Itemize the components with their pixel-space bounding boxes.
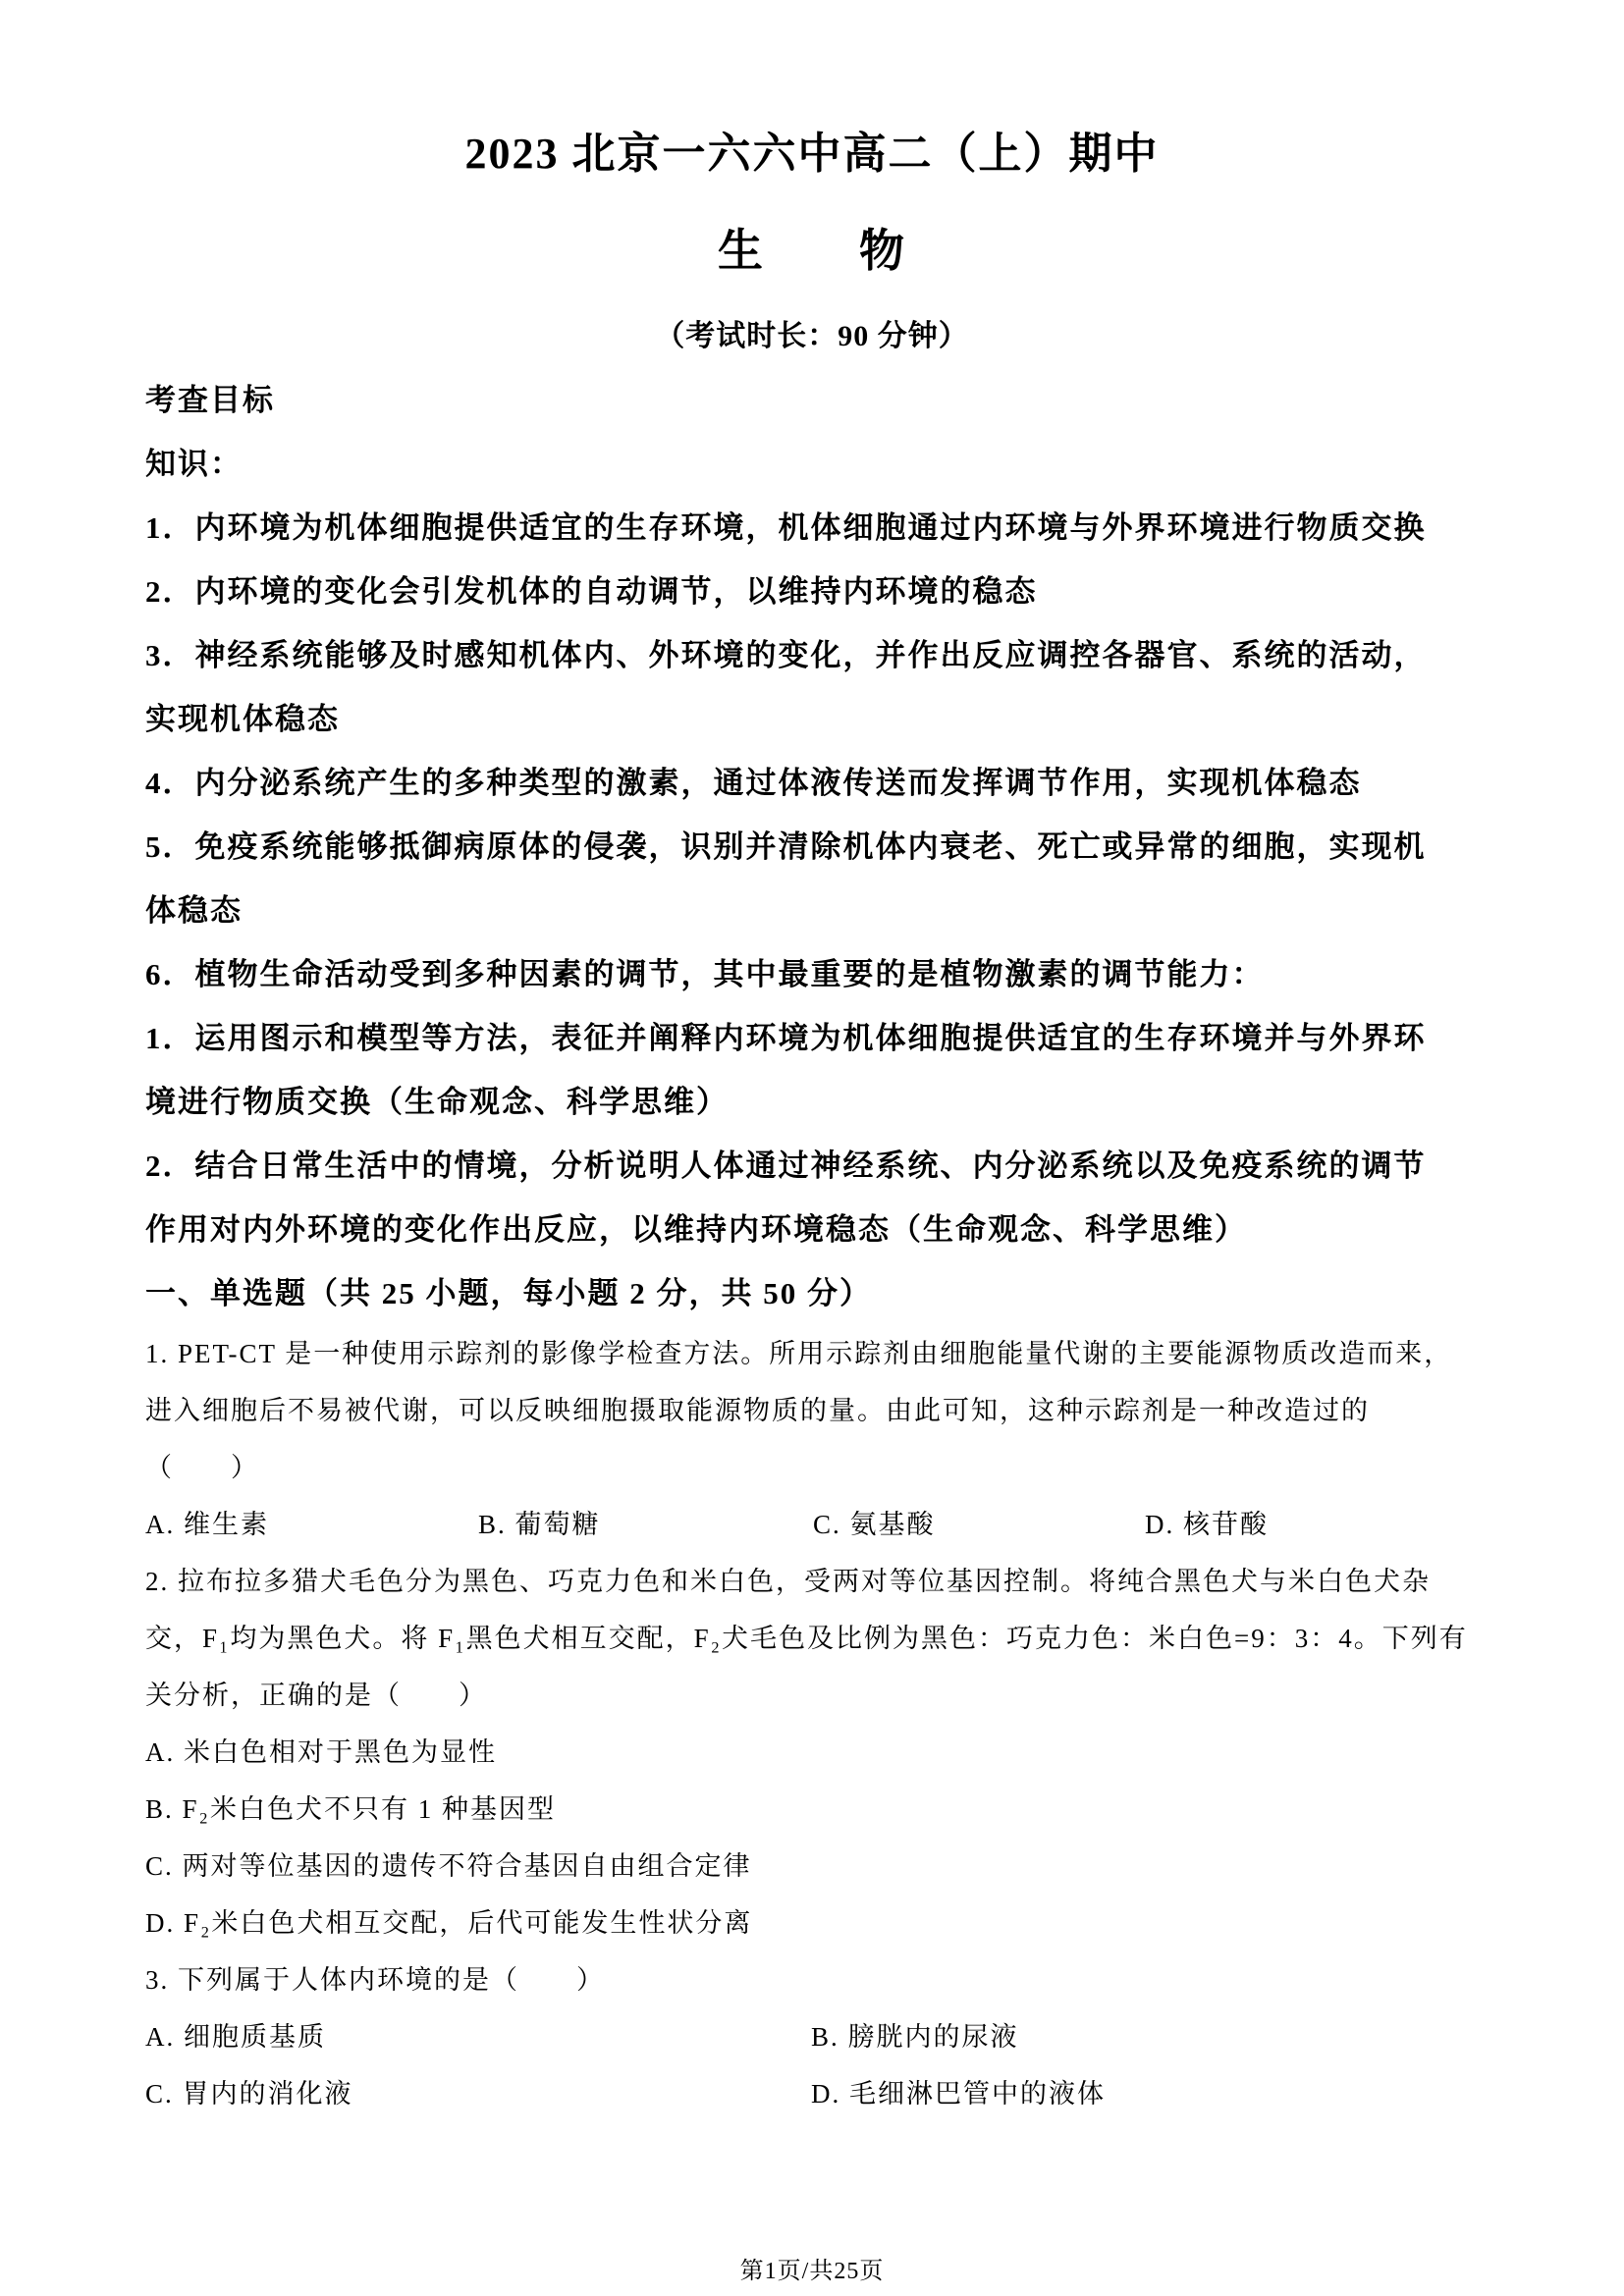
exam-page: 2023 北京一六六中高二（上）期中 生 物 （考试时长：90 分钟） 考查目标… (0, 0, 1624, 2296)
goal-line: 5．免疫系统能够抵御病原体的侵袭，识别并清除机体内衰老、死亡或异常的细胞，实现机 (145, 815, 1479, 879)
question-3-options-row-1: A. 细胞质基质 B. 膀胱内的尿液 (145, 2008, 1479, 2065)
subject-title: 生 物 (145, 222, 1479, 281)
goals-heading: 考查目标 (145, 368, 1479, 432)
question-2-line-2: 交，F₁均为黑色犬。将 F₁黑色犬相互交配，F₂犬毛色及比例为黑色：巧克力色：米… (145, 1610, 1479, 1667)
knowledge-label: 知识： (145, 432, 1479, 496)
question-1-option-c: C. 氨基酸 (813, 1496, 1145, 1553)
goal-line: 体稳态 (145, 879, 1479, 942)
goal-line: 1．内环境为机体细胞提供适宜的生存环境，机体细胞通过内环境与外界环境进行物质交换 (145, 496, 1479, 560)
page-content: 2023 北京一六六中高二（上）期中 生 物 （考试时长：90 分钟） 考查目标… (145, 0, 1479, 2122)
question-2-line-1: 2. 拉布拉多猎犬毛色分为黑色、巧克力色和米白色，受两对等位基因控制。将纯合黑色… (145, 1553, 1479, 1610)
goal-line: 作用对内外环境的变化作出反应，以维持内环境稳态（生命观念、科学思维） (145, 1198, 1479, 1261)
question-1-option-a: A. 维生素 (145, 1496, 478, 1553)
goal-line: 实现机体稳态 (145, 687, 1479, 751)
question-1-options: A. 维生素 B. 葡萄糖 C. 氨基酸 D. 核苷酸 (145, 1496, 1479, 1553)
question-2-line-3: 关分析，正确的是（ ） (145, 1667, 1479, 1724)
page-title: 2023 北京一六六中高二（上）期中 (145, 125, 1479, 184)
question-2-option-a: A. 米白色相对于黑色为显性 (145, 1724, 1479, 1781)
question-2-option-d: D. F₂米白色犬相互交配，后代可能发生性状分离 (145, 1895, 1479, 1951)
goal-line: 3．神经系统能够及时感知机体内、外环境的变化，并作出反应调控各器官、系统的活动， (145, 623, 1479, 687)
page-footer: 第1页/共25页 (0, 2258, 1624, 2285)
goal-line: 4．内分泌系统产生的多种类型的激素，通过体液传送而发挥调节作用，实现机体稳态 (145, 751, 1479, 815)
question-2-option-c: C. 两对等位基因的遗传不符合基因自由组合定律 (145, 1838, 1479, 1895)
question-3-line-1: 3. 下列属于人体内环境的是（ ） (145, 1951, 1479, 2008)
goal-line: 2．内环境的变化会引发机体的自动调节，以维持内环境的稳态 (145, 560, 1479, 623)
question-1-option-b: B. 葡萄糖 (478, 1496, 813, 1553)
goal-line: 6．植物生命活动受到多种因素的调节，其中最重要的是植物激素的调节能力： (145, 942, 1479, 1006)
question-1-line-2: 进入细胞后不易被代谢，可以反映细胞摄取能源物质的量。由此可知，这种示踪剂是一种改… (145, 1382, 1479, 1439)
question-2-option-b: B. F₂米白色犬不只有 1 种基因型 (145, 1781, 1479, 1838)
exam-duration-note: （考试时长：90 分钟） (145, 316, 1479, 357)
question-1-option-d: D. 核苷酸 (1145, 1496, 1269, 1553)
question-1-blank: （ ） (145, 1439, 1479, 1496)
question-1-line-1: 1. PET-CT 是一种使用示踪剂的影像学检查方法。所用示踪剂由细胞能量代谢的… (145, 1325, 1479, 1382)
question-3-option-c: C. 胃内的消化液 (145, 2065, 811, 2122)
question-3-option-a: A. 细胞质基质 (145, 2008, 811, 2065)
goal-line: 2．结合日常生活中的情境，分析说明人体通过神经系统、内分泌系统以及免疫系统的调节 (145, 1134, 1479, 1198)
goal-line: 1．运用图示和模型等方法，表征并阐释内环境为机体细胞提供适宜的生存环境并与外界环 (145, 1006, 1479, 1070)
goal-line: 境进行物质交换（生命观念、科学思维） (145, 1070, 1479, 1134)
section-heading: 一、单选题（共 25 小题，每小题 2 分，共 50 分） (145, 1261, 1479, 1325)
question-3-options-row-2: C. 胃内的消化液 D. 毛细淋巴管中的液体 (145, 2065, 1479, 2122)
question-3-option-d: D. 毛细淋巴管中的液体 (811, 2065, 1106, 2122)
question-3-option-b: B. 膀胱内的尿液 (811, 2008, 1019, 2065)
